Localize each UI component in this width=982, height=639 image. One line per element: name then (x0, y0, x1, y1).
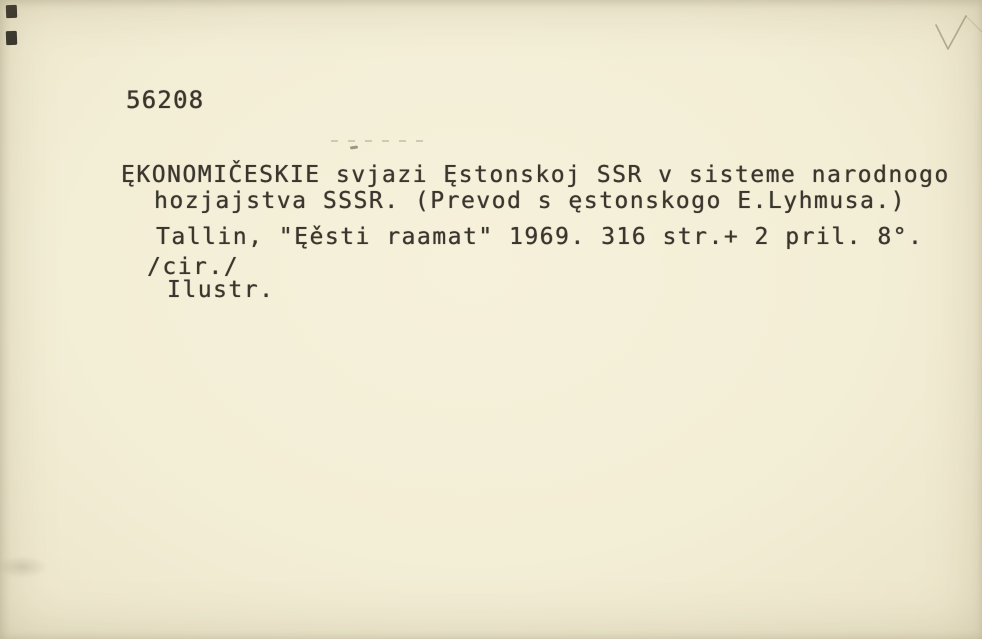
entry-title-line-2: hozjajstva SSSR. (Prevod s ęstonskogo E.… (154, 190, 906, 213)
punch-mark-top-icon (6, 5, 17, 18)
script-note-line: /cir./ (147, 256, 239, 279)
pencil-checkmark-icon (925, 8, 982, 68)
entry-title-line-1: ĘKONOMIČESKIE svjazi Ęstonskoj SSR v sis… (121, 164, 950, 187)
illustration-note-line: Ilustr. (167, 279, 274, 302)
faint-pencil-dashes (331, 140, 427, 142)
paper-smudge (0, 556, 48, 578)
imprint-line: Tallin, "Ęěsti raamat" 1969. 316 str.+ 2… (156, 226, 923, 249)
punch-mark-bottom-icon (6, 31, 17, 45)
catalog-card: 56208 ĘKONOMIČESKIE svjazi Ęstonskoj SSR… (0, 0, 982, 639)
card-number: 56208 (126, 88, 204, 112)
pencil-tick-mark (350, 145, 358, 149)
